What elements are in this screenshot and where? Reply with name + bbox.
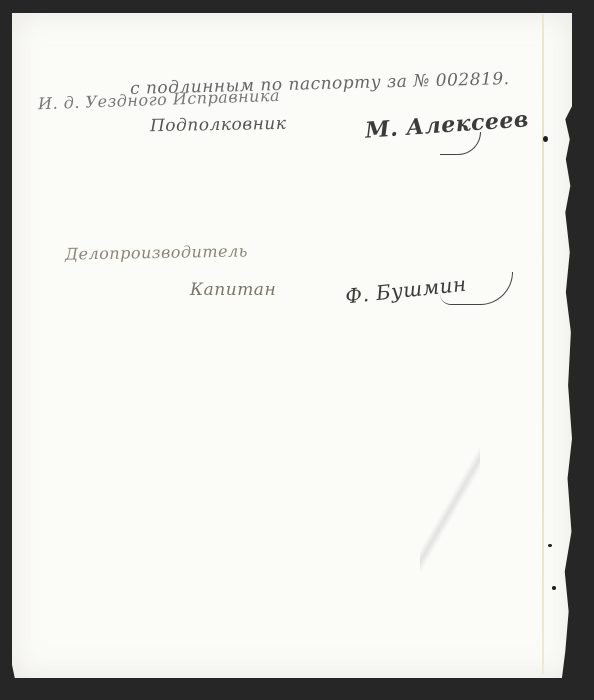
paper-hole [552,586,556,590]
paper-crease [420,440,480,580]
handwritten-line-rank: Подполковник [150,114,287,136]
handwritten-line-clerk: Делопроизводитель [65,241,248,263]
paper-hole [548,544,552,547]
handwritten-line-captain: Капитан [190,280,276,300]
paper-hole [543,136,548,142]
fold-line [542,14,544,674]
